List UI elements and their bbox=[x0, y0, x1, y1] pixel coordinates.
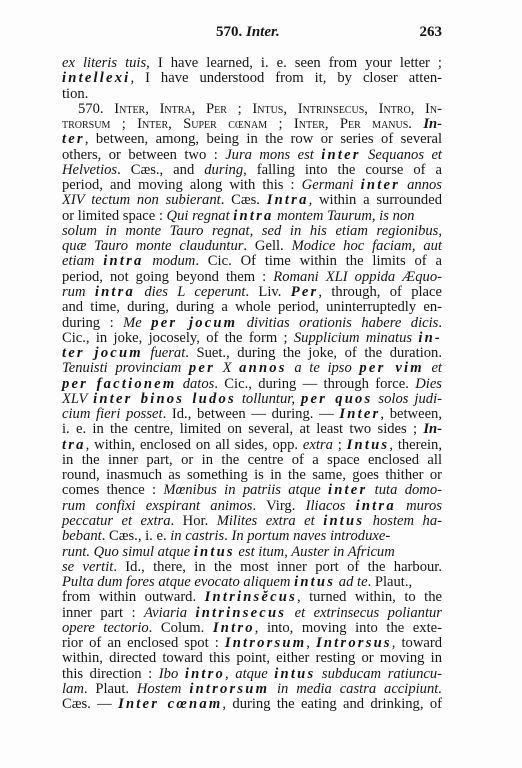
latin-quote: dies L ceperunt bbox=[135, 284, 245, 300]
latin-quote: se vertit bbox=[62, 559, 113, 575]
latin-quote: a te ipso bbox=[287, 360, 360, 376]
latin-quote: XLV bbox=[62, 391, 93, 407]
text-line: tion. bbox=[62, 87, 442, 102]
spaced-latin-term: ter bbox=[62, 131, 85, 147]
latin-quote: ex literis tuis bbox=[62, 55, 146, 71]
text-line: etiam intra modum. Cic. Of time within t… bbox=[62, 254, 442, 269]
text-run: , between, among, being in the row or se… bbox=[85, 131, 442, 147]
latin-quote: et extrinsecus poliantur bbox=[286, 605, 442, 621]
text-line: period, and moving along with this : Ger… bbox=[62, 178, 442, 193]
latin-quote: runt. Quo simul atque bbox=[62, 544, 194, 560]
spaced-latin-term: per factionem bbox=[62, 376, 176, 392]
latin-quote: X bbox=[215, 360, 239, 376]
text-line: round, inasmuch as something is in the s… bbox=[62, 468, 442, 483]
text-line: se vertit. Id., there, in the most inner… bbox=[62, 560, 442, 575]
text-line: Cic., in joke, jocosely, of the form ; S… bbox=[62, 331, 442, 346]
latin-quote: rum confixi exspirant animos bbox=[62, 498, 252, 514]
latin-quote: Jura mons est bbox=[225, 147, 321, 163]
text-line: Pulta dum fores atque evocato aliquem in… bbox=[62, 575, 442, 590]
text-run: . Id., between — during. — bbox=[163, 406, 340, 422]
spaced-latin-term: annos bbox=[239, 360, 287, 376]
text-run: Cic., in joke, jocosely, of the form ; bbox=[62, 330, 294, 346]
text-run bbox=[412, 116, 423, 132]
text-run: during : bbox=[62, 315, 123, 331]
spaced-latin-term: intus bbox=[274, 666, 315, 682]
text-line: i. e. in the centre, limited on several,… bbox=[62, 422, 442, 437]
text-run: . bbox=[438, 315, 442, 331]
text-line: or limited space : Qui regnat intra mont… bbox=[62, 209, 442, 224]
text-run: , within, enclosed on all sides, opp. bbox=[86, 437, 303, 453]
latin-quote: solum in monte Tauro regnat, sed in his … bbox=[62, 223, 442, 239]
text-run: , during the eating and drinking, of bbox=[222, 696, 442, 712]
latin-quote: et bbox=[424, 360, 442, 376]
spaced-latin-term: intellexi bbox=[62, 70, 130, 86]
spaced-latin-term: Inter cœnam bbox=[118, 696, 222, 712]
text-run: . Virg. bbox=[252, 498, 305, 514]
latin-quote: lam bbox=[62, 681, 84, 697]
text-line: Helvetios. Cæs., and during, falling int… bbox=[62, 163, 442, 178]
text-run: , toward bbox=[392, 635, 442, 651]
spaced-latin-term: per bbox=[189, 360, 215, 376]
latin-quote: bebant bbox=[62, 528, 102, 544]
spaced-latin-term: ter jocum bbox=[62, 345, 143, 361]
page-number: 263 bbox=[420, 24, 443, 41]
spaced-latin-term: inter bbox=[321, 147, 360, 163]
text-line: comes thence : Mœnibus in patriis atque … bbox=[62, 483, 442, 498]
spaced-latin-term: Introrsus bbox=[316, 635, 392, 651]
latin-quote: Iliacos bbox=[306, 498, 356, 514]
text-line: trorsum ; Inter, Super cœnam ; Inter, Pe… bbox=[62, 117, 442, 132]
spaced-latin-term: inter bbox=[328, 482, 367, 498]
latin-quote: in media castra accipiunt. bbox=[269, 681, 442, 697]
text-run: . Cic. Of time within the limits of a bbox=[195, 253, 442, 269]
latin-quote: tolluntur, bbox=[236, 391, 301, 407]
text-run: tion. bbox=[62, 86, 88, 102]
latin-quote: est itum, Auster in Africum bbox=[235, 544, 395, 560]
spaced-latin-term: Intra bbox=[267, 192, 309, 208]
text-line: tra, within, enclosed on all sides, opp.… bbox=[62, 438, 442, 453]
text-line: bebant. Cæs., i. e. in castris. In portu… bbox=[62, 529, 442, 544]
latin-quote: Tenuisti provinciam bbox=[62, 360, 189, 376]
latin-quote: peccatur et extra bbox=[62, 513, 171, 529]
text-run: . Cic., during — through force. bbox=[214, 376, 415, 392]
latin-quote: montem Taurum, is non bbox=[274, 208, 415, 224]
latin-quote: Sequanos et bbox=[361, 147, 442, 163]
latin-quote: hostem ha- bbox=[364, 513, 442, 529]
text-run: period, and moving along with this : bbox=[62, 177, 302, 193]
text-line: runt. Quo simul atque intus est itum, Au… bbox=[62, 545, 442, 560]
latin-quote: Aviaria bbox=[144, 605, 195, 621]
spaced-latin-term: tra bbox=[62, 437, 86, 453]
text-line: intellexi, I have understood from it, by… bbox=[62, 71, 442, 86]
latin-quote: Romani XLI oppida Æquo- bbox=[273, 269, 442, 285]
latin-quote: cium fieri posset bbox=[62, 406, 163, 422]
latin-quote: Hostem bbox=[137, 681, 189, 697]
latin-quote: Modice hoc faciam, aut bbox=[292, 238, 442, 254]
text-run: , bbox=[306, 635, 316, 651]
latin-quote: XIV tectum non subierant bbox=[62, 192, 221, 208]
spaced-latin-term: intrinsecus bbox=[195, 605, 286, 621]
text-line: Tenuisti provinciam per X annos a te ips… bbox=[62, 361, 442, 376]
small-caps-run: Inter, Intra, Per ; Intus, Intrinsecus, … bbox=[114, 101, 442, 117]
latin-quote: Milites extra et bbox=[217, 513, 324, 529]
latin-quote: rum bbox=[62, 284, 95, 300]
latin-quote: opere tectorio bbox=[62, 620, 149, 636]
text-line: quæ Tauro monte clauduntur. Gell. Modice… bbox=[62, 239, 442, 254]
text-run: or limited space : bbox=[62, 208, 167, 224]
text-run: , I have learned, i. e. seen from your l… bbox=[146, 55, 442, 71]
small-caps-run: trorsum ; Inter, Super cœnam ; Inter, Pe… bbox=[62, 116, 412, 132]
text-run: Cæs. — bbox=[62, 696, 118, 712]
book-page: 570. Inter. 263 ex literis tuis, I have … bbox=[0, 0, 522, 768]
spaced-latin-term: Intro bbox=[213, 620, 255, 636]
text-line: inner part : Aviaria intrinsecus et extr… bbox=[62, 606, 442, 621]
text-line: ter jocum fuerat. Suet., during the joke… bbox=[62, 346, 442, 361]
latin-quote: In- bbox=[423, 421, 442, 437]
latin-quote: Germani bbox=[302, 177, 361, 193]
latin-quote: annos bbox=[400, 177, 442, 193]
text-line: opere tectorio. Colum. Intro, into, movi… bbox=[62, 621, 442, 636]
text-line: in the inner part, or in the centre of a… bbox=[62, 453, 442, 468]
spaced-latin-term: intra bbox=[95, 284, 135, 300]
spaced-latin-term: per quos bbox=[301, 391, 372, 407]
spaced-latin-term: Inter bbox=[339, 406, 380, 422]
section-title: Inter. bbox=[246, 24, 280, 40]
text-run: . Id., there, in the most inner port of … bbox=[113, 559, 442, 575]
section-number: 570. bbox=[216, 24, 242, 40]
text-run: . Plaut. bbox=[84, 681, 137, 697]
text-run: , within a surrounded bbox=[309, 192, 442, 208]
latin-quote: Helvetios bbox=[62, 162, 117, 178]
text-run: from within outward. bbox=[62, 589, 205, 605]
body-text: ex literis tuis, I have learned, i. e. s… bbox=[62, 56, 442, 712]
text-line: others, or between two : Jura mons est i… bbox=[62, 148, 442, 163]
latin-quote: fuerat bbox=[143, 345, 185, 361]
text-run: , through, of place bbox=[318, 284, 442, 300]
spaced-latin-term: in- bbox=[418, 330, 442, 346]
running-title: 570. Inter. bbox=[216, 24, 280, 41]
text-line: per factionem datos. Cic., during — thro… bbox=[62, 377, 442, 392]
text-line: XIV tectum non subierant. Cæs. Intra, wi… bbox=[62, 193, 442, 208]
text-line: ex literis tuis, I have learned, i. e. s… bbox=[62, 56, 442, 71]
latin-quote: modum bbox=[143, 253, 195, 269]
text-run: , I have understood from it, by closer a… bbox=[130, 70, 442, 86]
text-line: solum in monte Tauro regnat, sed in his … bbox=[62, 224, 442, 239]
latin-quote: muros bbox=[396, 498, 442, 514]
text-run: 570. bbox=[78, 101, 114, 117]
text-run: period, not going beyond them : bbox=[62, 269, 273, 285]
text-line: cium fieri posset. Id., between — during… bbox=[62, 407, 442, 422]
spaced-latin-term: intus bbox=[294, 574, 335, 590]
text-line: period, not going beyond them : Romani X… bbox=[62, 270, 442, 285]
spaced-latin-term: Per bbox=[291, 284, 319, 300]
text-run: . Cæs., i. e. bbox=[102, 528, 171, 544]
latin-quote: , atque bbox=[225, 666, 274, 682]
text-run: . Plaut., bbox=[368, 574, 413, 590]
text-run: inner part : bbox=[62, 605, 144, 621]
text-run: , turned within, to the bbox=[297, 589, 442, 605]
text-run: this direction : bbox=[62, 666, 159, 682]
text-run: in the inner part, or in the centre of a… bbox=[62, 452, 442, 468]
spaced-latin-term: inter bbox=[361, 177, 400, 193]
spaced-latin-term: intra bbox=[103, 253, 143, 269]
text-line: XLV inter binos ludos tolluntur, per quo… bbox=[62, 392, 442, 407]
text-line: within, directed toward this point, eith… bbox=[62, 651, 442, 666]
text-run: . Liv. bbox=[245, 284, 290, 300]
text-run: comes thence : bbox=[62, 482, 163, 498]
text-line: 570. Inter, Intra, Per ; Intus, Intrinse… bbox=[62, 102, 442, 117]
text-line: during : Me per jocum divitias orationis… bbox=[62, 316, 442, 331]
spaced-latin-term: Intrinsĕcus bbox=[205, 589, 297, 605]
latin-quote: Dies bbox=[415, 376, 442, 392]
text-run: ; bbox=[333, 437, 347, 453]
text-line: rior of an enclosed spot : Introrsum, In… bbox=[62, 636, 442, 651]
latin-quote: etiam bbox=[62, 253, 103, 269]
text-run: rior of an enclosed spot : bbox=[62, 635, 225, 651]
text-run: i. e. in the centre, limited on several,… bbox=[62, 421, 423, 437]
text-run: within, directed toward this point, eith… bbox=[62, 650, 442, 666]
spaced-latin-term: per vim bbox=[359, 360, 423, 376]
text-run: others, or between two : bbox=[62, 147, 225, 163]
text-run: . Hor. bbox=[171, 513, 217, 529]
latin-quote: Pulta dum fores atque evocato aliquem bbox=[62, 574, 294, 590]
text-line: ter, between, among, being in the row or… bbox=[62, 132, 442, 147]
spaced-latin-term: intra bbox=[233, 208, 273, 224]
spaced-latin-term: Introrsum bbox=[225, 635, 306, 651]
latin-quote: Supplicium minatus bbox=[294, 330, 419, 346]
latin-quote: In- bbox=[423, 116, 442, 132]
text-run: , falling into the course of a bbox=[243, 162, 442, 178]
text-run: and time, during, during a whole period,… bbox=[62, 299, 442, 315]
text-line: from within outward. Intrinsĕcus, turned… bbox=[62, 590, 442, 605]
latin-quote: subducam ratiuncu- bbox=[315, 666, 442, 682]
latin-quote: Qui regnat bbox=[167, 208, 234, 224]
latin-quote: datos bbox=[176, 376, 214, 392]
latin-quote: in castris bbox=[170, 528, 224, 544]
text-line: this direction : Ibo intro, atque intus … bbox=[62, 667, 442, 682]
spaced-latin-term: intro bbox=[185, 666, 225, 682]
text-run: , therein, bbox=[389, 437, 442, 453]
spaced-latin-term: intra bbox=[356, 498, 396, 514]
latin-quote: extra bbox=[303, 437, 333, 453]
latin-quote: quæ Tauro monte clauduntur bbox=[62, 238, 243, 254]
text-run: , between, bbox=[380, 406, 442, 422]
spaced-latin-term: intus bbox=[323, 513, 364, 529]
text-run: . Cæs. bbox=[221, 192, 267, 208]
latin-quote: ad te bbox=[335, 574, 367, 590]
text-line: and time, during, during a whole period,… bbox=[62, 300, 442, 315]
text-line: peccatur et extra. Hor. Milites extra et… bbox=[62, 514, 442, 529]
spaced-latin-term: Intus bbox=[347, 437, 390, 453]
latin-quote: Mœnibus in patriis atque bbox=[163, 482, 328, 498]
latin-quote: Ibo bbox=[159, 666, 185, 682]
latin-quote: In portum naves introduxe- bbox=[231, 528, 390, 544]
spaced-latin-term: inter binos ludos bbox=[93, 391, 236, 407]
text-run: . Cæs., and bbox=[117, 162, 204, 178]
text-line: rum intra dies L ceperunt. Liv. Per, thr… bbox=[62, 285, 442, 300]
text-run: . Suet., during the joke, of the duratio… bbox=[185, 345, 442, 361]
latin-quote: tuta domo- bbox=[367, 482, 442, 498]
text-line: Cæs. — Inter cœnam, during the eating an… bbox=[62, 697, 442, 712]
text-run: , into, moving into the exte- bbox=[255, 620, 442, 636]
running-header: 570. Inter. 263 bbox=[62, 24, 442, 42]
latin-quote: solos judi- bbox=[372, 391, 442, 407]
text-run: round, inasmuch as something is in the s… bbox=[62, 467, 442, 483]
spaced-latin-term: intus bbox=[194, 544, 235, 560]
spaced-latin-term: introrsum bbox=[189, 681, 269, 697]
text-line: rum confixi exspirant animos. Virg. Ilia… bbox=[62, 499, 442, 514]
spaced-latin-term: per jocum bbox=[151, 315, 237, 331]
text-line: lam. Plaut. Hostem introrsum in media ca… bbox=[62, 682, 442, 697]
latin-quote: Me bbox=[123, 315, 151, 331]
latin-quote: during bbox=[204, 162, 243, 178]
text-run: . Colum. bbox=[149, 620, 213, 636]
latin-quote: divitias orationis habere dicis bbox=[237, 315, 438, 331]
text-run: . Gell. bbox=[243, 238, 291, 254]
